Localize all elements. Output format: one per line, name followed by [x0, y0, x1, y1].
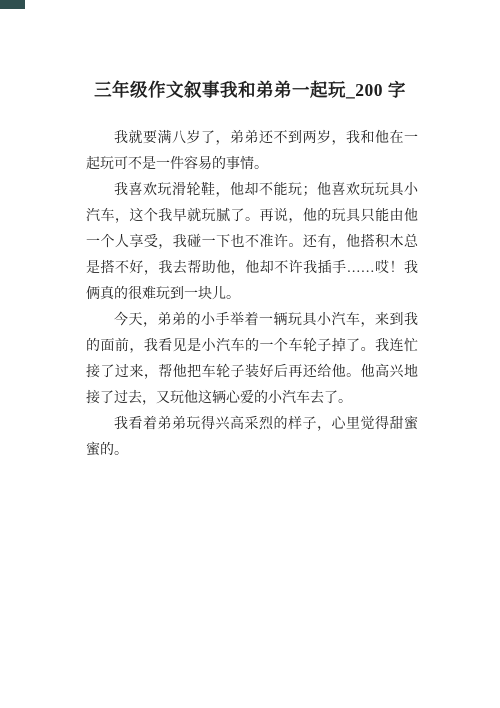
essay-body: 我就要满八岁了，弟弟还不到两岁，我和他在一起玩可不是一件容易的事情。 我喜欢玩滑…	[86, 126, 418, 464]
corner-artifact	[0, 0, 25, 9]
essay-paragraph: 我喜欢玩滑轮鞋，他却不能玩；他喜欢玩玩具小汽车，这个我早就玩腻了。再说，他的玩具…	[86, 178, 418, 308]
essay-paragraph: 我看着弟弟玩得兴高采烈的样子，心里觉得甜蜜蜜的。	[86, 412, 418, 464]
page-title: 三年级作文叙事我和弟弟一起玩_200 字	[0, 76, 500, 104]
essay-paragraph: 我就要满八岁了，弟弟还不到两岁，我和他在一起玩可不是一件容易的事情。	[86, 126, 418, 178]
essay-paragraph: 今天，弟弟的小手举着一辆玩具小汽车，来到我的面前，我看见是小汽车的一个车轮子掉了…	[86, 308, 418, 412]
document-page: 三年级作文叙事我和弟弟一起玩_200 字 我就要满八岁了，弟弟还不到两岁，我和他…	[0, 0, 500, 708]
